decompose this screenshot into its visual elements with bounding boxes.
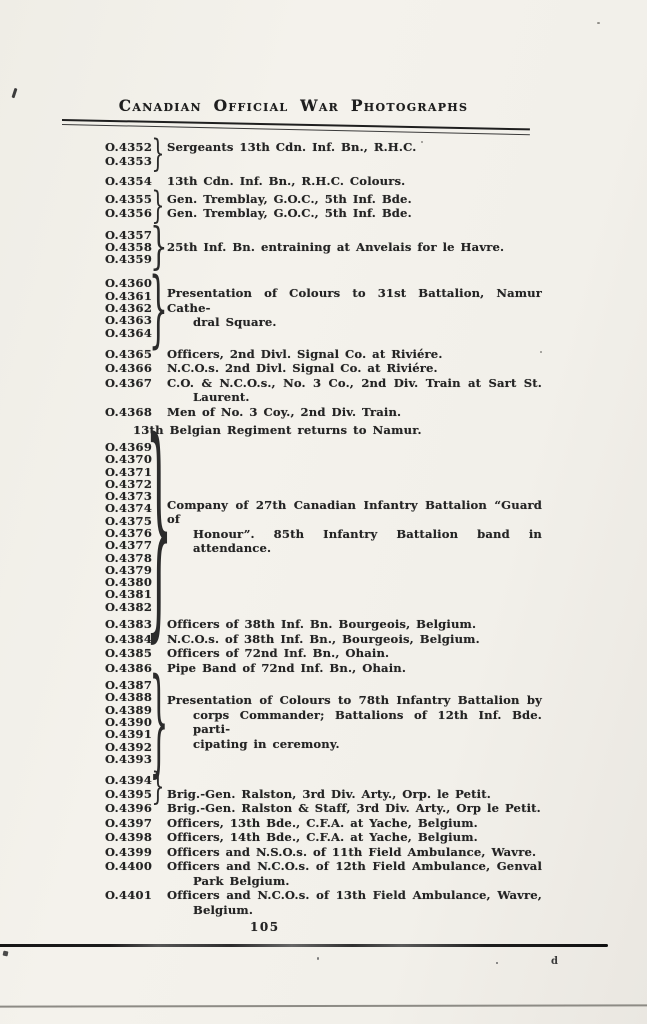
entry-description: Officers of 72nd Inf. Bn., Ohain.	[166, 646, 542, 661]
photo-number-column: O.4399	[105, 845, 151, 859]
catalog-entry: O.4357O.4358O.4359}25th Inf. Bn. entrain…	[105, 229, 542, 266]
entry-description: Officers and N.C.O.s. of 13th Field Ambu…	[166, 888, 542, 917]
photo-number-column: O.4368	[105, 405, 151, 419]
brace-column: }	[151, 773, 166, 801]
entry-text-line: N.C.O.s. 2nd Divl. Signal Co. at Riviére…	[167, 361, 542, 376]
photo-number-column: O.4394O.4395	[105, 773, 151, 801]
paper-speck	[317, 957, 319, 960]
entry-description: Officers and N.S.O.s. of 11th Field Ambu…	[166, 845, 542, 860]
photo-number-column: O.4386	[105, 661, 151, 675]
entry-text-line: Laurent.	[167, 390, 542, 405]
page-edge-line	[0, 1004, 647, 1007]
photo-number-column: O.4385	[105, 646, 151, 660]
entry-text-line: N.C.O.s. of 38th Inf. Bn., Bourgeois, Be…	[167, 632, 542, 647]
photo-number: O.4394	[105, 773, 151, 787]
photo-number: O.4366	[105, 361, 151, 375]
group-brace-glyph: }	[152, 135, 165, 173]
entry-text-line: Brig.-Gen. Ralston & Staff, 3rd Div. Art…	[167, 801, 542, 816]
photo-number: O.4355	[105, 192, 151, 206]
photo-number: O.4374	[105, 502, 151, 514]
catalog-entry: O.4369O.4370O.4371O.4372O.4373O.4374O.43…	[105, 441, 542, 613]
photo-number: O.4393	[105, 753, 151, 765]
entry-text-line: 25th Inf. Bn. entraining at Anvelais for…	[167, 240, 542, 255]
photo-number: O.4391	[105, 728, 151, 740]
entry-text-line: Officers of 38th Inf. Bn. Bourgeois, Bel…	[167, 617, 542, 632]
photo-number-column: O.4365	[105, 347, 151, 361]
entry-text-line: Presentation of Colours to 31st Battalio…	[167, 286, 542, 315]
photo-number: O.4370	[105, 453, 151, 465]
photo-number: O.4360	[105, 277, 151, 289]
photo-number-column: O.4355O.4356	[105, 192, 151, 220]
entry-text-line: Officers, 13th Bde., C.F.A. at Yache, Be…	[167, 816, 542, 831]
catalog-entries: O.4352O.4353}Sergeants 13th Cdn. Inf. Bn…	[105, 140, 542, 917]
photo-number: O.4398	[105, 830, 151, 844]
photo-number-column: O.4387O.4388O.4389O.4390O.4391O.4392O.43…	[105, 679, 151, 765]
entry-description: C.O. & N.C.O.s., No. 3 Co., 2nd Div. Tra…	[166, 376, 542, 405]
photo-number-column: O.4369O.4370O.4371O.4372O.4373O.4374O.43…	[105, 441, 151, 613]
entry-text-line: 13th Cdn. Inf. Bn., R.H.C. Colours.	[167, 174, 542, 189]
entry-text-line: Presentation of Colours to 78th Infantry…	[167, 693, 542, 708]
catalog-entry: O.4366N.C.O.s. 2nd Divl. Signal Co. at R…	[105, 361, 542, 376]
photo-number-column: O.4360O.4361O.4362O.4363O.4364	[105, 277, 151, 338]
photo-number: O.4388	[105, 691, 151, 703]
catalog-entry: O.4396Brig.-Gen. Ralston & Staff, 3rd Di…	[105, 801, 542, 816]
entry-text-line: cipating in ceremony.	[167, 737, 542, 752]
photo-number-column: O.4367	[105, 376, 151, 390]
catalog-entry: O.4386Pipe Band of 72nd Inf. Bn., Ohain.	[105, 661, 542, 676]
entry-description: Officers of 38th Inf. Bn. Bourgeois, Bel…	[166, 617, 542, 632]
entry-text-line: Men of No. 3 Coy., 2nd Div. Train.	[167, 405, 542, 420]
catalog-entry: O.4399Officers and N.S.O.s. of 11th Fiel…	[105, 845, 542, 860]
entry-description: Officers, 2nd Divl. Signal Co. at Riviér…	[166, 347, 542, 362]
photo-number: O.4352	[105, 140, 151, 154]
photo-number-column: O.4366	[105, 361, 151, 375]
entry-text-line: Officers of 72nd Inf. Bn., Ohain.	[167, 646, 542, 661]
photo-number: O.4357	[105, 229, 151, 241]
photo-number: O.4381	[105, 588, 151, 600]
entry-description: Gen. Tremblay, G.O.C., 5th Inf. Bde.Gen.…	[166, 192, 542, 221]
photo-number-column: O.4396	[105, 801, 151, 815]
photo-number: O.4367	[105, 376, 151, 390]
entry-description: N.C.O.s. of 38th Inf. Bn., Bourgeois, Be…	[166, 632, 542, 647]
brace-column: }	[151, 679, 166, 765]
catalog-content: O.4352O.4353}Sergeants 13th Cdn. Inf. Bn…	[105, 140, 542, 934]
entry-text-line: Officers, 14th Bde., C.F.A. at Yache, Be…	[167, 830, 542, 845]
brace-column: }	[151, 277, 166, 339]
photo-number: O.4353	[105, 154, 151, 168]
catalog-entry: O.4400Officers and N.C.O.s. of 12th Fiel…	[105, 859, 542, 888]
catalog-entry: O.435413th Cdn. Inf. Bn., R.H.C. Colours…	[105, 174, 542, 189]
entry-description: Brig.-Gen. Ralston, 3rd Div. Arty., Orp.…	[166, 787, 542, 802]
brace-column: }	[151, 192, 166, 220]
entry-description: Presentation of Colours to 78th Infantry…	[166, 693, 542, 751]
photo-number-column: O.4354	[105, 174, 151, 188]
catalog-entry: O.4387O.4388O.4389O.4390O.4391O.4392O.43…	[105, 679, 542, 765]
group-brace-glyph: }	[149, 664, 168, 780]
entry-text-line: Officers and N.C.O.s. of 13th Field Ambu…	[167, 888, 542, 903]
catalog-entry: O.4394O.4395}Brig.-Gen. Ralston, 3rd Div…	[105, 773, 542, 801]
paper-speck	[540, 351, 542, 353]
photo-number-column: O.4397	[105, 816, 151, 830]
photo-number: O.4356	[105, 206, 151, 220]
entry-description: Officers, 13th Bde., C.F.A. at Yache, Be…	[166, 816, 542, 831]
paper-speck	[421, 141, 423, 143]
entry-text-line: corps Commander; Battalions of 12th Inf.…	[167, 708, 542, 737]
catalog-entry: O.4398Officers, 14th Bde., C.F.A. at Yac…	[105, 830, 542, 845]
entry-description: N.C.O.s. 2nd Divl. Signal Co. at Riviére…	[166, 361, 542, 376]
entry-text-line: Brig.-Gen. Ralston, 3rd Div. Arty., Orp.…	[167, 787, 542, 802]
photo-number: O.4400	[105, 859, 151, 873]
photo-number: O.4397	[105, 816, 151, 830]
photo-number: O.4401	[105, 888, 151, 902]
catalog-entry: O.4360O.4361O.4362O.4363O.4364}Presentat…	[105, 277, 542, 339]
entry-text-line: dral Square.	[167, 315, 542, 330]
photo-number: O.4371	[105, 466, 151, 478]
photo-number: O.4364	[105, 327, 151, 339]
entry-description: Officers and N.C.O.s. of 12th Field Ambu…	[166, 859, 542, 888]
photo-number: O.4354	[105, 174, 151, 188]
photo-number: O.4396	[105, 801, 151, 815]
photo-number-column: O.4401	[105, 888, 151, 902]
photo-number-column: O.4357O.4358O.4359	[105, 229, 151, 266]
entry-text-line: Sergeants 13th Cdn. Inf. Bn., R.H.C.	[167, 140, 542, 155]
entry-text-line: Officers and N.C.O.s. of 12th Field Ambu…	[167, 859, 542, 874]
catalog-entry: O.4352O.4353}Sergeants 13th Cdn. Inf. Bn…	[105, 140, 542, 168]
page-header-title: Canadian Official War Photographs	[0, 96, 617, 115]
entry-text-line: Company of 27th Canadian Infantry Battal…	[167, 498, 542, 527]
photo-number: O.4384	[105, 632, 151, 646]
entry-text-line: Officers, 2nd Divl. Signal Co. at Riviér…	[167, 347, 542, 362]
photo-number: O.4383	[105, 617, 151, 631]
photo-number: O.4363	[105, 314, 151, 326]
photo-number-column: O.4398	[105, 830, 151, 844]
photo-number-column: O.4383	[105, 617, 151, 631]
photo-number-column: O.4400	[105, 859, 151, 873]
group-brace-glyph: }	[152, 768, 165, 806]
photo-number-column: O.4352O.4353	[105, 140, 151, 168]
corner-ink-mark	[3, 951, 9, 957]
group-brace-glyph: }	[149, 267, 168, 350]
entry-text-line: Gen. Tremblay, G.O.C., 5th Inf. Bde.	[167, 192, 542, 207]
photo-number: O.4399	[105, 845, 151, 859]
entry-text-line: Officers and N.S.O.s. of 11th Field Ambu…	[167, 845, 542, 860]
catalog-entry: O.4355O.4356}Gen. Tremblay, G.O.C., 5th …	[105, 192, 542, 221]
page-number: 105	[105, 920, 542, 934]
paper-speck	[597, 22, 600, 24]
entry-text-line: Park Belgium.	[167, 874, 542, 889]
entry-text-line: Pipe Band of 72nd Inf. Bn., Ohain.	[167, 661, 542, 676]
photo-number: O.4368	[105, 405, 151, 419]
entry-description: Pipe Band of 72nd Inf. Bn., Ohain.	[166, 661, 542, 676]
entry-description: Presentation of Colours to 31st Battalio…	[166, 286, 542, 330]
entry-description: Officers, 14th Bde., C.F.A. at Yache, Be…	[166, 830, 542, 845]
entry-description: Sergeants 13th Cdn. Inf. Bn., R.H.C.	[166, 140, 542, 155]
entry-description: 13th Cdn. Inf. Bn., R.H.C. Colours.	[166, 174, 542, 189]
catalog-entry: O.4401Officers and N.C.O.s. of 13th Fiel…	[105, 888, 542, 917]
brace-column: }	[151, 140, 166, 168]
entry-description: Company of 27th Canadian Infantry Battal…	[166, 498, 542, 556]
entry-description: Brig.-Gen. Ralston & Staff, 3rd Div. Art…	[166, 801, 542, 816]
catalog-entry: O.4365Officers, 2nd Divl. Signal Co. at …	[105, 347, 542, 362]
ink-dot	[496, 962, 498, 964]
entry-text-line: Honour”. 85th Infantry Battalion band in…	[167, 527, 542, 556]
entry-description: 25th Inf. Bn. entraining at Anvelais for…	[166, 240, 542, 255]
photo-number: O.4377	[105, 539, 151, 551]
entry-text-line: Gen. Tremblay, G.O.C., 5th Inf. Bde.	[167, 206, 542, 221]
scanned-catalog-page: Canadian Official War Photographs O.4352…	[0, 0, 647, 1024]
brace-column: }	[151, 441, 166, 613]
catalog-entry: O.4397Officers, 13th Bde., C.F.A. at Yac…	[105, 816, 542, 831]
footer-rule-thick	[0, 944, 608, 947]
photo-number: O.4359	[105, 253, 151, 265]
stray-letter-mark: d	[551, 956, 558, 967]
entry-text-line: Belgium.	[167, 903, 542, 918]
photo-number: O.4382	[105, 601, 151, 613]
photo-number: O.4385	[105, 646, 151, 660]
photo-number: O.4386	[105, 661, 151, 675]
photo-number: O.4392	[105, 741, 151, 753]
photo-number: O.4365	[105, 347, 151, 361]
photo-number: O.4395	[105, 787, 151, 801]
entry-description: Men of No. 3 Coy., 2nd Div. Train.	[166, 405, 542, 420]
group-brace-glyph: }	[145, 411, 172, 643]
photo-number-column: O.4384	[105, 632, 151, 646]
entry-text-line: C.O. & N.C.O.s., No. 3 Co., 2nd Div. Tra…	[167, 376, 542, 391]
